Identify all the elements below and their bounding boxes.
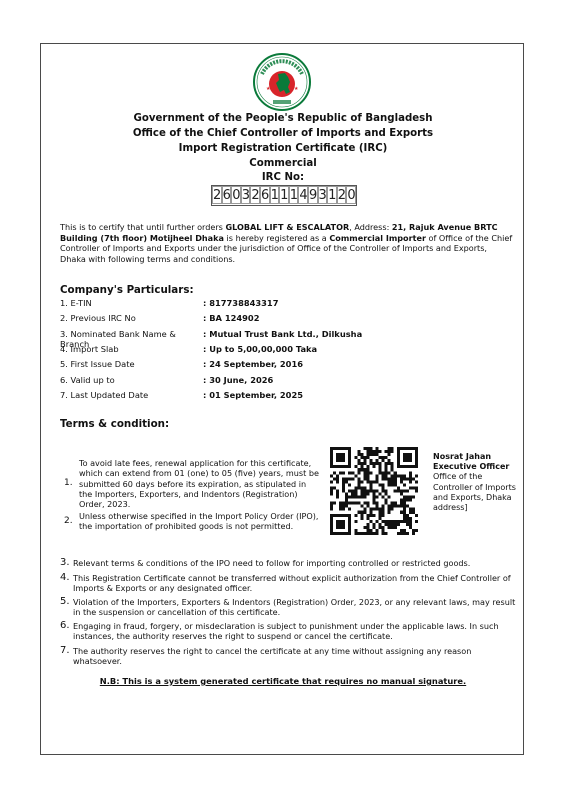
particulars-title: Company's Particulars: (60, 284, 194, 296)
irc-digit: 6 (222, 186, 232, 204)
term-number: 6. (60, 621, 73, 642)
term-item: 5.Violation of the Importers, Exporters … (60, 597, 516, 618)
signer-office: Office of the Controller of Imports and … (433, 472, 518, 513)
irc-number: 260326111493120 (211, 185, 357, 206)
intro-text: This is to certify that until further or… (60, 222, 225, 232)
particular-row: 4. Import Slab: Up to 5,00,00,000 Taka (60, 344, 317, 354)
particular-label: 4. Import Slab (60, 344, 203, 354)
term-text: Unless otherwise specified in the Import… (77, 511, 320, 532)
term-text: Engaging in fraud, forgery, or misdeclar… (73, 621, 516, 642)
irc-digit: 1 (289, 186, 299, 204)
certification-statement: This is to certify that until further or… (60, 222, 515, 264)
irc-digit: 6 (260, 186, 270, 204)
irc-digit: 2 (337, 186, 347, 204)
term-item: 2.Unless otherwise specified in the Impo… (64, 511, 320, 532)
term-number: 2. (64, 511, 77, 532)
term-item: 7.The authority reserves the right to ca… (60, 646, 516, 667)
particular-row: 1. E-TIN: 817738843317 (60, 298, 278, 308)
term-number: 5. (60, 597, 73, 618)
svg-text:★: ★ (266, 86, 271, 92)
term-number: 4. (60, 573, 73, 594)
particular-label: 2. Previous IRC No (60, 313, 203, 323)
office-title: Office of the Chief Controller of Import… (0, 128, 566, 139)
term-text: This Registration Certificate cannot be … (73, 573, 516, 594)
government-seal-icon: ★ ★ (252, 52, 312, 112)
company-name: GLOBAL LIFT & ESCALATOR (225, 222, 349, 232)
term-item: 4.This Registration Certificate cannot b… (60, 573, 516, 594)
term-item: 6.Engaging in fraud, forgery, or misdecl… (60, 621, 516, 642)
particular-row: 6. Valid up to: 30 June, 2026 (60, 375, 273, 385)
signer-designation: Executive Officer (433, 462, 518, 472)
irc-digit: 9 (308, 186, 318, 204)
irc-label: IRC No: (0, 172, 566, 183)
certificate-title: Import Registration Certificate (IRC) (0, 143, 566, 154)
irc-digit: 2 (250, 186, 260, 204)
term-number: 1. (64, 458, 77, 509)
particular-row: 5. First Issue Date: 24 September, 2016 (60, 359, 303, 369)
term-item: 1.To avoid late fees, renewal applicatio… (64, 458, 320, 509)
particular-value: : BA 124902 (203, 313, 259, 323)
svg-text:★: ★ (294, 86, 299, 92)
particular-value: : Up to 5,00,00,000 Taka (203, 344, 317, 354)
irc-digit: 0 (231, 186, 241, 204)
irc-digit: 4 (298, 186, 308, 204)
government-title: Government of the People's Republic of B… (0, 113, 566, 124)
term-text: To avoid late fees, renewal application … (77, 458, 320, 509)
signer-block: Nosrat Jahan Executive Officer Office of… (433, 452, 518, 513)
particular-label: 1. E-TIN (60, 298, 203, 308)
particular-value: : 30 June, 2026 (203, 375, 273, 385)
particular-value: : 817738843317 (203, 298, 278, 308)
particular-value: : 01 September, 2025 (203, 390, 303, 400)
particular-row: 2. Previous IRC No: BA 124902 (60, 313, 259, 323)
intro-text: is hereby registered as a (224, 233, 329, 243)
irc-digit: 3 (318, 186, 328, 204)
particular-value: : 24 September, 2016 (203, 359, 303, 369)
intro-text: , Address: (349, 222, 392, 232)
irc-digit: 1 (279, 186, 289, 204)
irc-digit: 1 (327, 186, 337, 204)
irc-digit: 0 (346, 186, 356, 204)
irc-digit: 3 (241, 186, 251, 204)
particular-row: 7. Last Updated Date: 01 September, 2025 (60, 390, 303, 400)
term-number: 7. (60, 646, 73, 667)
certificate-type: Commercial (0, 158, 566, 169)
irc-digit: 2 (212, 186, 222, 204)
term-item: 3.Relevant terms & conditions of the IPO… (60, 558, 516, 568)
particular-label: 5. First Issue Date (60, 359, 203, 369)
term-text: Violation of the Importers, Exporters & … (73, 597, 516, 618)
irc-digit: 1 (270, 186, 280, 204)
term-text: The authority reserves the right to canc… (73, 646, 516, 667)
term-text: Relevant terms & conditions of the IPO n… (73, 558, 470, 568)
system-generated-note: N.B: This is a system generated certific… (0, 676, 566, 686)
importer-role: Commercial Importer (329, 233, 426, 243)
term-number: 3. (60, 558, 73, 568)
qr-code-icon (330, 447, 418, 535)
particular-label: 6. Valid up to (60, 375, 203, 385)
particular-label: 7. Last Updated Date (60, 390, 203, 400)
signer-name: Nosrat Jahan (433, 452, 518, 462)
terms-title: Terms & condition: (60, 418, 169, 430)
